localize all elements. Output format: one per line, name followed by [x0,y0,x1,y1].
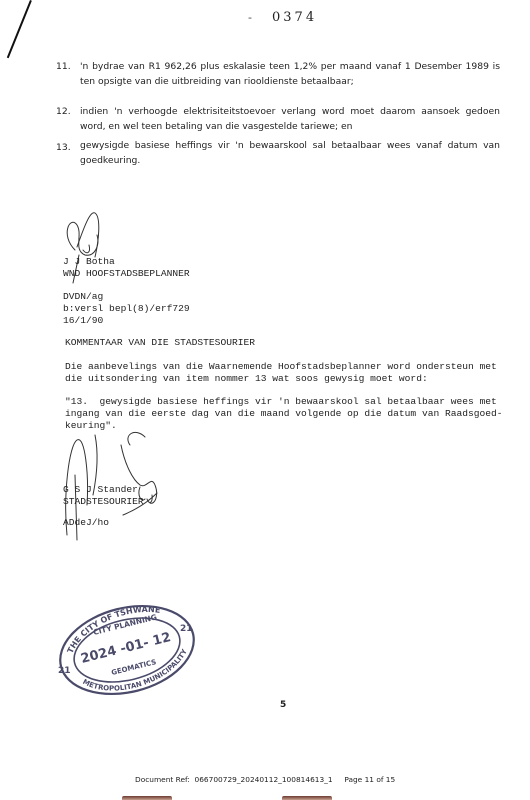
city-planning-stamp: THE CITY OF TSHWANE METROPOLITAN MUNICIP… [52,595,202,705]
item-text-12: indien 'n verhoogde elektrisiteitstoevoe… [80,104,500,134]
signatory-2-title: STADSTESOURIER [63,496,144,508]
signatory-2-name: G S J Stander [63,484,138,496]
comment-quote-line-1: "13. gewysigde basiese heffings vir 'n b… [65,396,497,408]
margin-pen-stroke [7,0,32,58]
item-number-12: 12. [56,104,71,119]
comment-paragraph-line-1: Die aanbevelings van die Waarnemende Hoo… [65,361,497,373]
document-page-number: 5 [280,700,286,710]
page-of-indicator: Page 11 of 15 [344,775,395,784]
stamp-left-number: 21 [58,666,71,676]
signatory-1-title: WND HOOFSTADSBEPLANNER [63,268,190,280]
document-ref-label: Document Ref: [135,775,190,784]
signatory-2-ref: ADdeJ/ho [63,517,109,529]
scan-bottom-edge [0,796,530,800]
item-text-13: gewysigde basiese heffings vir 'n bewaar… [80,138,500,168]
reference-initials: DVDN/ag [63,291,103,303]
item-number-13: 13. [56,140,71,155]
page-number-dash: - [248,11,252,24]
item-number-11: 11. [56,59,71,74]
archive-page-number: 0374 [272,10,317,25]
signatory-1-name: J J Botha [63,256,115,268]
item-text-11: 'n bydrae van R1 962,26 plus eskalasie t… [80,59,500,89]
document-ref-value: 066700729_20240112_100814613_1 [195,775,333,784]
comment-paragraph-line-2: die uitsondering van item nommer 13 wat … [65,373,428,385]
reference-file: b:versl bepl(8)/erf729 [63,303,190,315]
stamp-right-number: 21 [180,624,193,634]
document-ref-line: Document Ref: 066700729_20240112_1008146… [135,775,395,784]
reference-date: 16/1/90 [63,315,103,327]
comment-heading: KOMMENTAAR VAN DIE STADSTESOURIER [65,337,255,349]
